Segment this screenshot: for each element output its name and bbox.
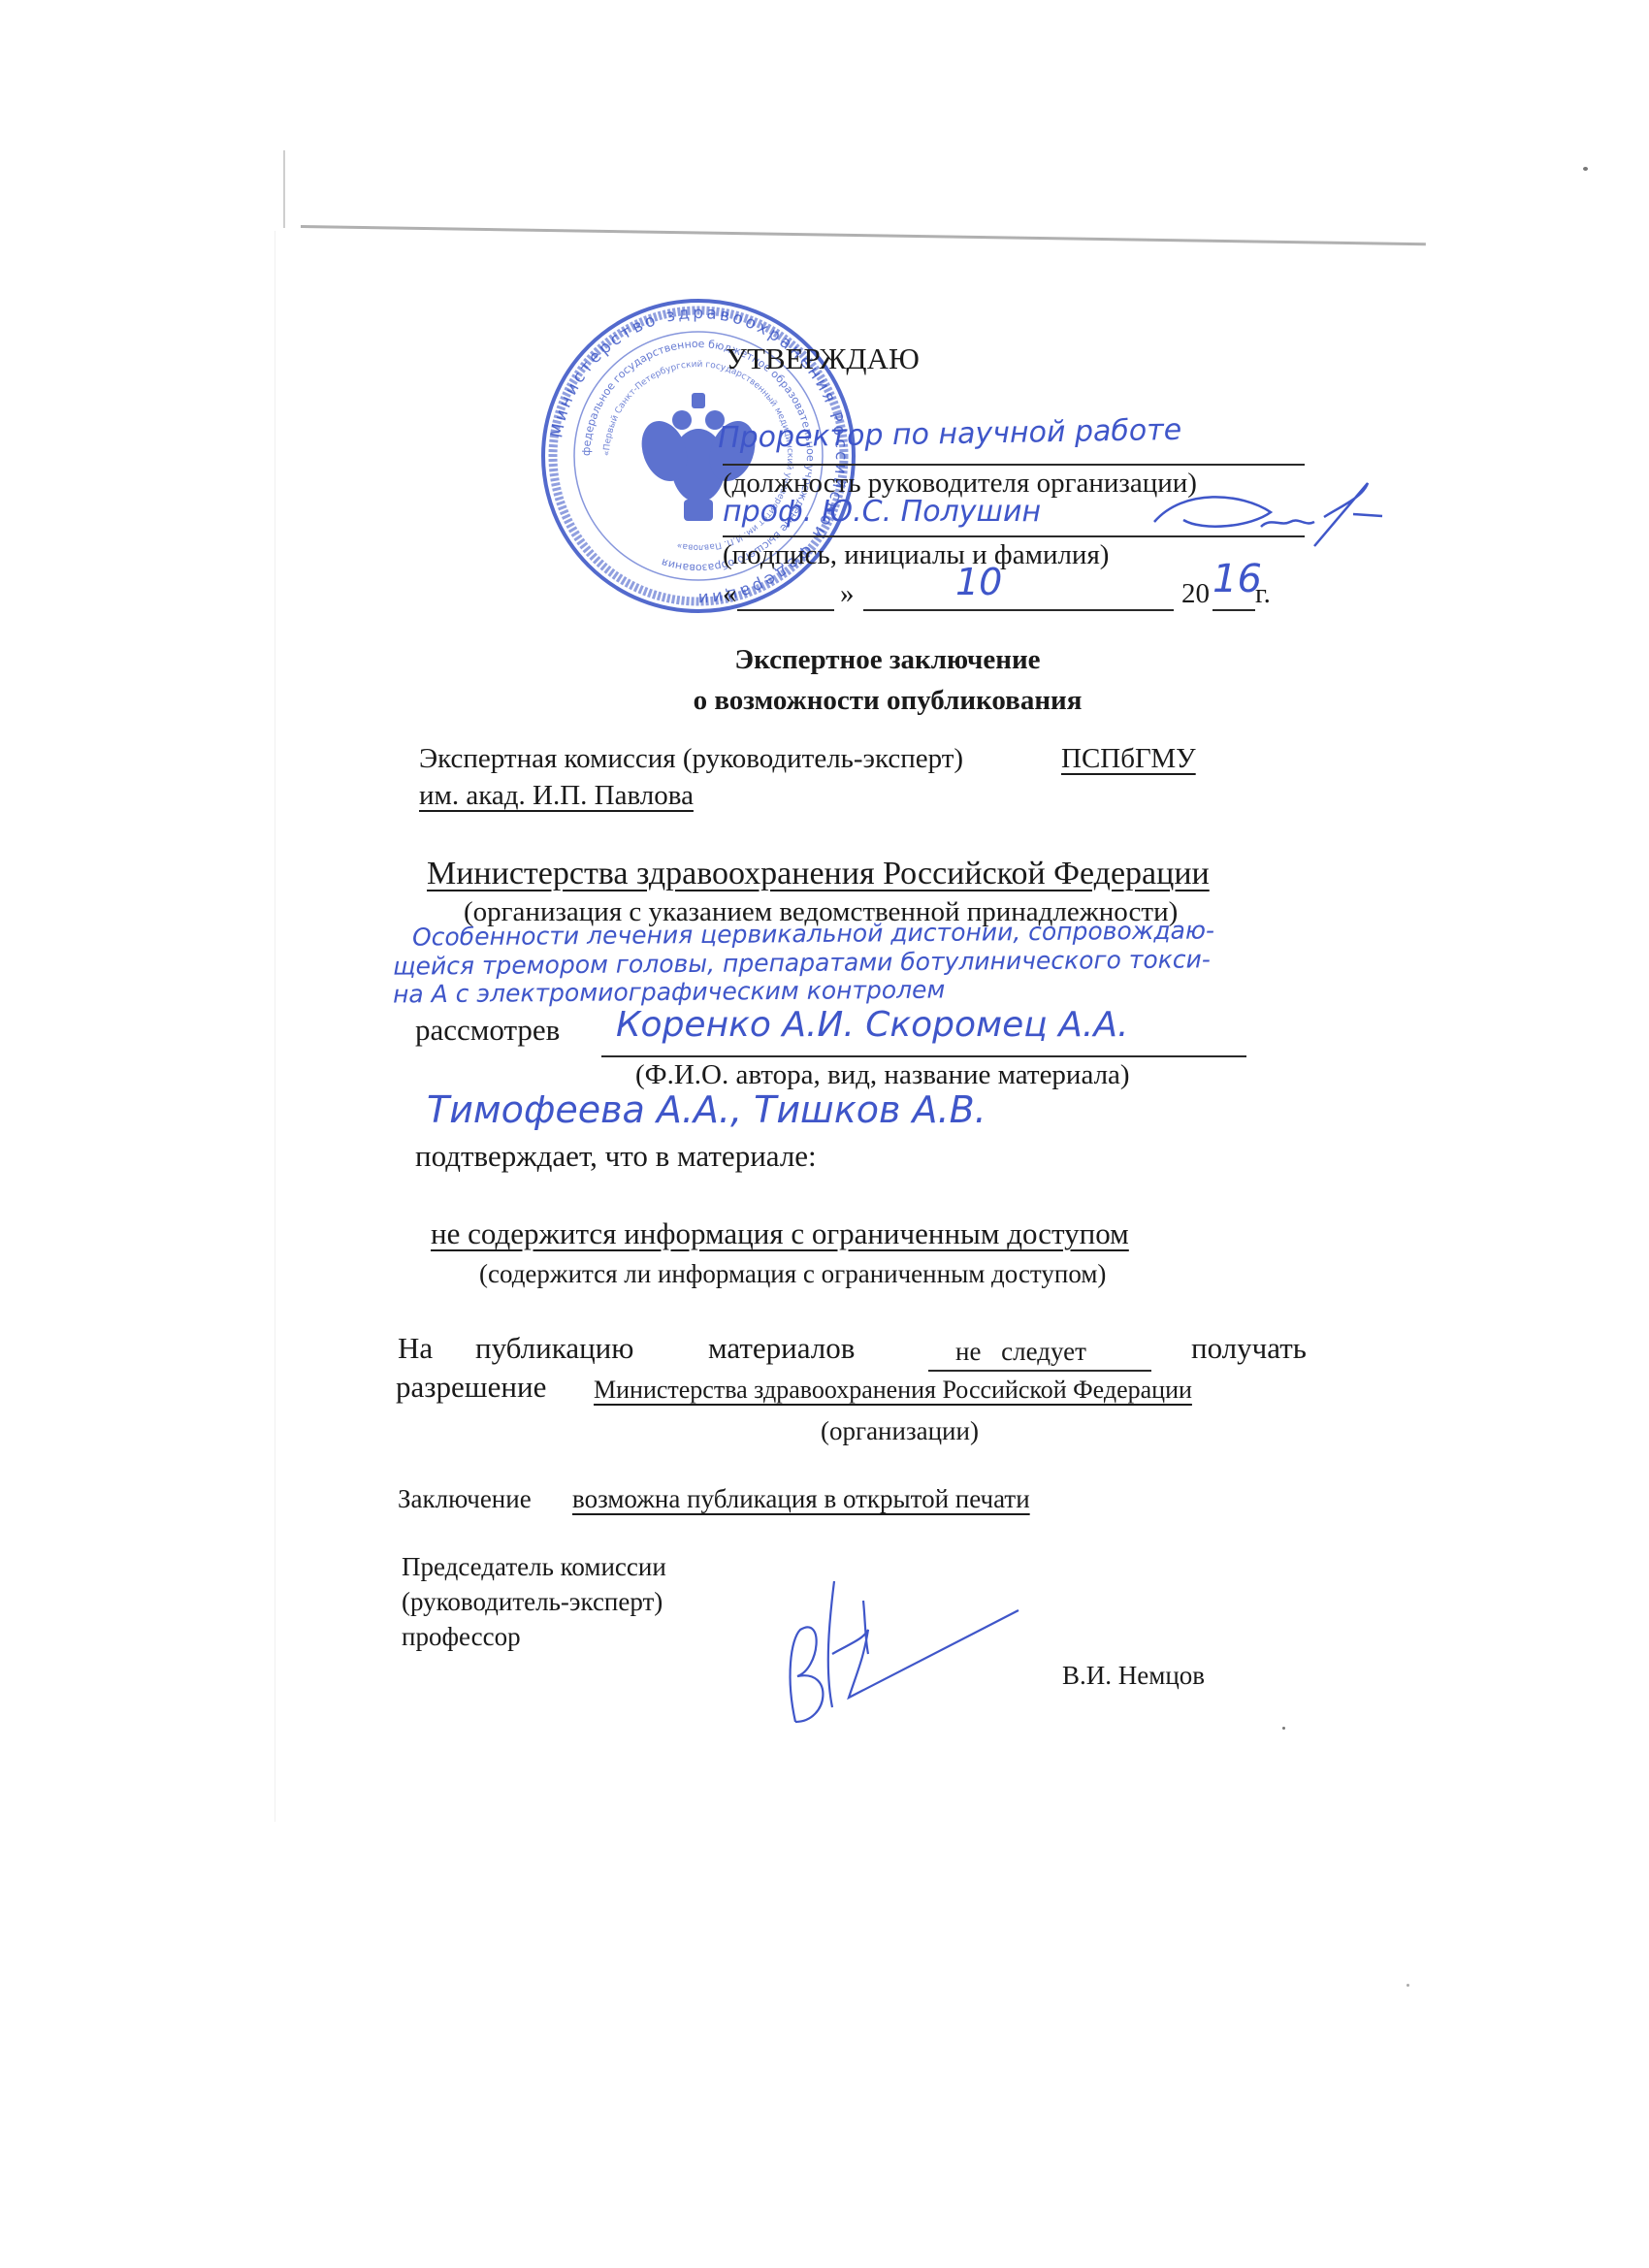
material-title-line2: щейся тремором головы, препаратами ботул…	[393, 945, 1211, 980]
scan-page-left-edge	[275, 231, 275, 1822]
commission-org-part2: им. акад. И.П. Павлова	[419, 780, 694, 812]
chair-signature-icon	[776, 1562, 1028, 1727]
signature-field-line[interactable]	[723, 535, 1305, 537]
document-title-line2: о возможности опубликования	[0, 685, 1649, 717]
permission-value: не следует	[955, 1337, 1086, 1367]
material-hint: (Ф.И.О. автора, вид, название материала)	[635, 1059, 1130, 1091]
conclusion-label: Заключение	[398, 1484, 532, 1514]
position-field-line[interactable]	[723, 464, 1305, 466]
chair-name: В.И. Немцов	[1062, 1661, 1205, 1691]
permission-word-materials: материалов	[708, 1331, 855, 1366]
scan-page-edge-line	[301, 225, 1426, 245]
permission-word-publication: публикацию	[475, 1331, 633, 1366]
scan-speck	[1282, 1727, 1285, 1730]
conclusion-value: возможна публикация в открытой печати	[572, 1484, 1030, 1514]
permission-org-hint: (организации)	[821, 1416, 979, 1446]
ministry-value: Министерства здравоохранения Российской …	[427, 856, 1210, 892]
reviewed-label: рассмотрев	[415, 1013, 560, 1048]
date-close-quote: »	[840, 578, 855, 610]
commission-label: Экспертная комиссия (руководитель-экспер…	[419, 743, 963, 775]
signature-handwritten: проф. Ю.С. Полушин	[723, 495, 1041, 529]
date-month-handwritten: 10	[955, 561, 1002, 603]
permission-word-na: На	[398, 1331, 433, 1366]
confirmation-value: не содержится информация с ограниченным …	[431, 1216, 1129, 1251]
chair-title-line3: профессор	[402, 1622, 521, 1652]
date-open-quote: «	[723, 578, 737, 610]
document-title-line1: Экспертное заключение	[0, 644, 1649, 676]
scan-speck	[1406, 1984, 1409, 1987]
signature-hint: (подпись, инициалы и фамилия)	[723, 539, 1109, 571]
date-day-field[interactable]	[737, 609, 834, 611]
scan-edge-mark	[283, 150, 285, 228]
permission-word-obtain: получать	[1191, 1331, 1307, 1366]
confirmation-text: подтверждает, что в материале:	[415, 1139, 817, 1174]
date-year-field[interactable]	[1212, 609, 1255, 611]
approval-heading: УТВЕРЖДАЮ	[726, 341, 920, 376]
confirmation-hint: (содержится ли информация с ограниченным…	[479, 1259, 1106, 1289]
authors-field-line[interactable]	[601, 1055, 1246, 1057]
scan-speck	[1583, 167, 1588, 171]
permission-label: разрешение	[396, 1370, 546, 1405]
permission-org-value: Министерства здравоохранения Российской …	[594, 1376, 1192, 1405]
material-title-line3: на А с электромиографическим контролем	[393, 976, 946, 1009]
authors-handwritten-line1: Коренко А.И. Скоромец А.А.	[616, 1005, 1128, 1045]
commission-org-part1: ПСПбГМУ	[1061, 743, 1196, 775]
position-handwritten: Проректор по научной работе	[718, 413, 1182, 455]
permission-value-line[interactable]	[928, 1370, 1151, 1372]
date-suffix: г.	[1255, 578, 1271, 610]
chair-title-line2: (руководитель-эксперт)	[402, 1587, 663, 1617]
chair-title-line1: Председатель комиссии	[402, 1552, 666, 1582]
date-year-prefix: 20	[1181, 578, 1210, 610]
date-month-field[interactable]	[863, 609, 1174, 611]
authors-handwritten-line2: Тимофеева А.А., Тишков А.В.	[427, 1088, 986, 1131]
approver-signature-icon	[1145, 473, 1397, 551]
